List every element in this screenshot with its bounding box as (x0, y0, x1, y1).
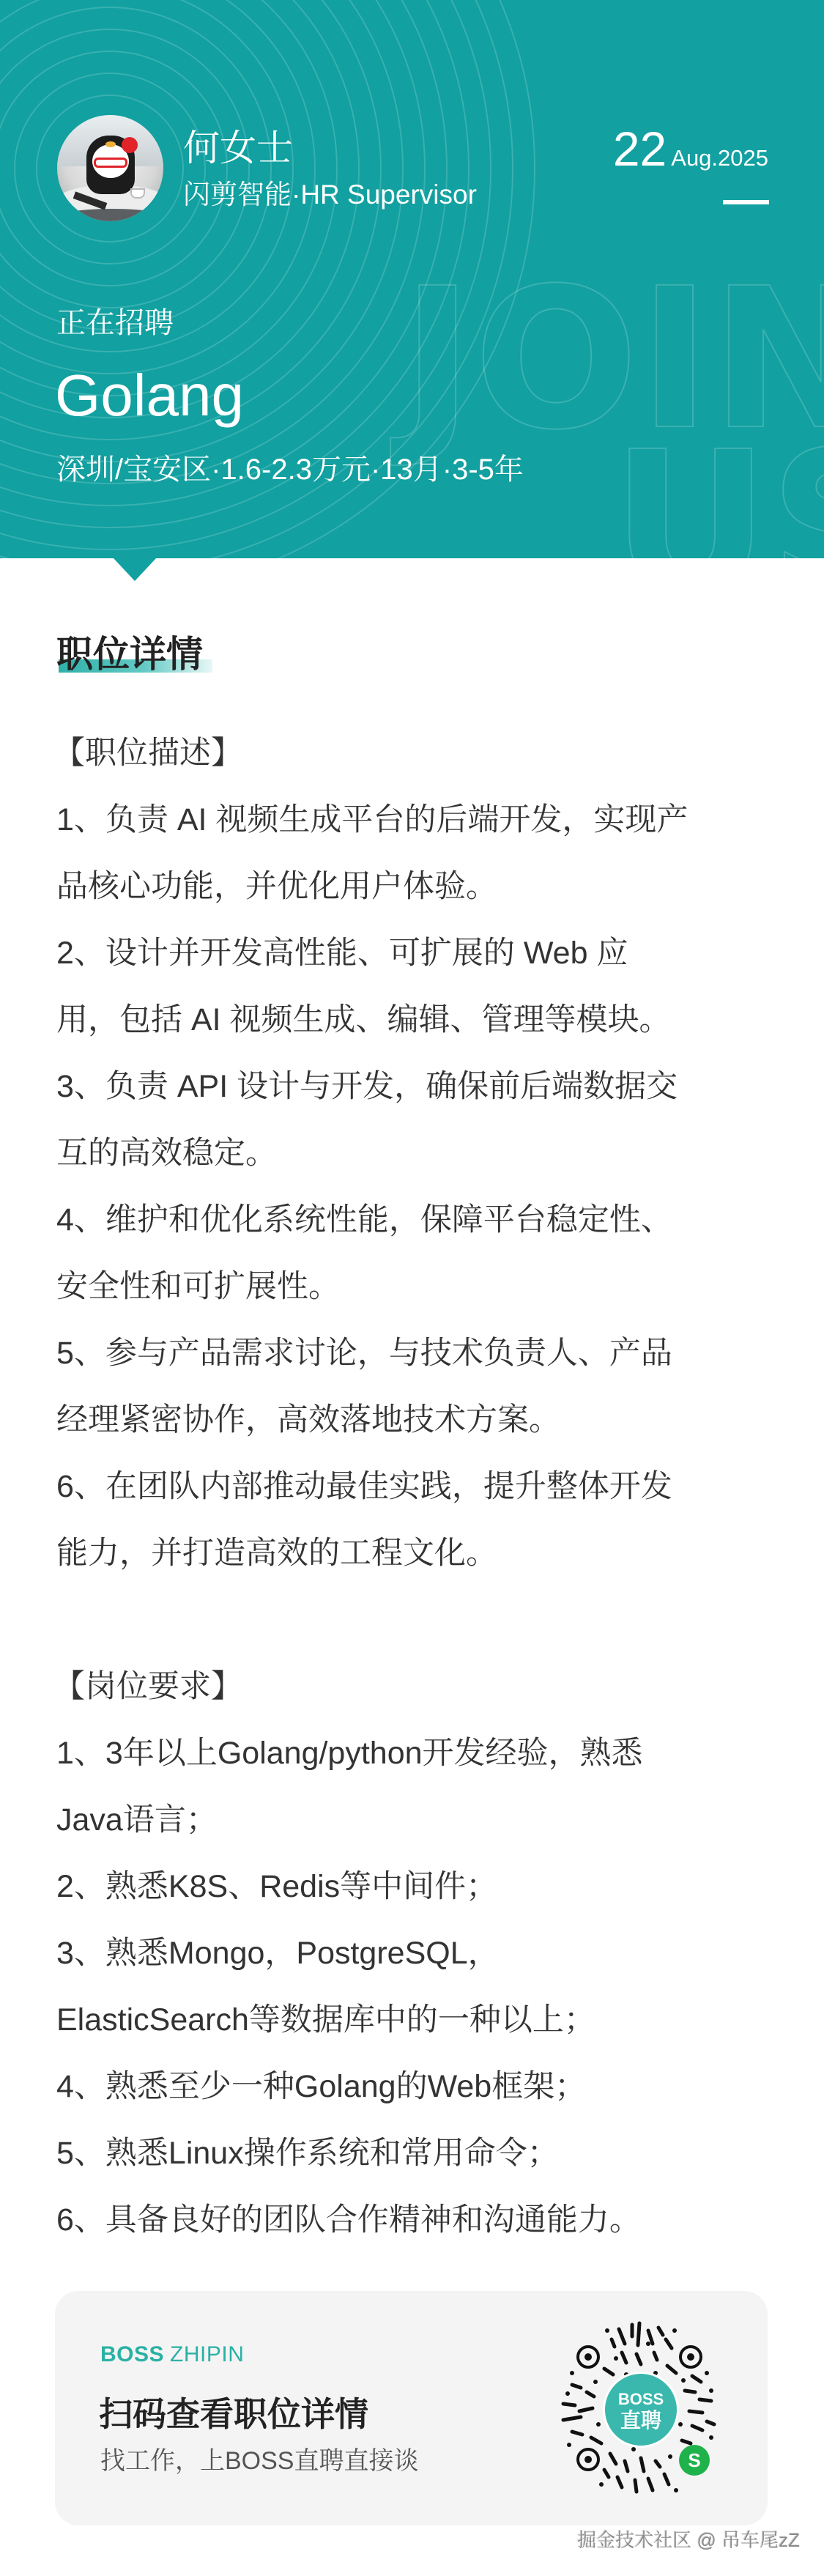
content-line: 用，包括 AI 视频生成、编辑、管理等模块。 (56, 987, 774, 1054)
content-line: 3、负责 API 设计与开发，确保前后端数据交 (56, 1054, 774, 1120)
avatar-desk-edge (57, 209, 163, 221)
date-month-year: Aug.2025 (671, 145, 768, 171)
qr-logo-line1: BOSS (605, 2374, 677, 2409)
avatar-beak (105, 141, 116, 147)
date-day: 22 (613, 122, 667, 176)
content-line: 互的高效稳定。 (56, 1120, 774, 1187)
section-title-text: 职位详情 (56, 634, 203, 675)
brand-bold: BOSS (100, 2342, 164, 2366)
recruiter-avatar[interactable] (57, 115, 163, 221)
section-heading: 【职位描述】 (53, 720, 774, 787)
boss-zhipin-logo: BOSSZHIPIN (100, 2342, 244, 2367)
job-title: Golang (55, 360, 244, 431)
hiring-label: 正在招聘 (56, 305, 174, 341)
content-line: 4、维护和优化系统性能，保障平台稳定性、 (56, 1187, 774, 1254)
content-line: 品核心功能，并优化用户体验。 (56, 854, 774, 920)
job-description-content: 【职位描述】1、负责 AI 视频生成平台的后端开发，实现产品核心功能，并优化用户… (56, 720, 774, 2254)
footer-watermark: 掘金技术社区 @ 吊车尾zZ (577, 2529, 800, 2551)
recruiter-company-title: 闪剪智能·HR Supervisor (183, 178, 477, 212)
section-title-job-details: 职位详情 (56, 632, 203, 677)
content-line: 5、熟悉Linux操作系统和常用命令； (56, 2120, 774, 2187)
avatar-coffee-cup (130, 188, 145, 199)
recruiter-name: 何女士 (183, 126, 293, 170)
avatar-red-bow (122, 137, 138, 153)
avatar-glasses (94, 158, 127, 168)
blank-line (56, 1587, 774, 1654)
qr-logo-line2: 直聘 (605, 2409, 677, 2432)
post-date: 22Aug.2025 (613, 123, 768, 174)
content-line: 3、熟悉Mongo，PostgreSQL， (56, 1920, 774, 1987)
wechat-mini-program-icon: S (679, 2445, 710, 2476)
content-line: ElasticSearch等数据库中的一种以上； (56, 1987, 774, 2054)
content-line: 6、具备良好的团队合作精神和沟通能力。 (56, 2187, 774, 2254)
job-card-header: JOIN US 何女士 闪剪智能·HR Supervisor 22Aug.202… (0, 0, 824, 558)
section-heading: 【岗位要求】 (53, 1654, 774, 1720)
content-line: 2、设计并开发高性能、可扩展的 Web 应 (56, 920, 774, 987)
content-line: Java语言； (56, 1787, 774, 1854)
content-line: 能力，并打造高效的工程文化。 (56, 1520, 774, 1587)
header-pointer-triangle (113, 558, 157, 581)
qr-card-subtitle: 找工作，上BOSS直聘直接谈 (100, 2445, 418, 2477)
qr-code[interactable]: BOSS 直聘 S (546, 2314, 733, 2502)
job-meta: 深圳/宝安区·1.6-2.3万元·13月·3-5年 (56, 451, 524, 489)
content-line: 安全性和可扩展性。 (56, 1254, 774, 1320)
content-line: 6、在团队内部推动最佳实践，提升整体开发 (56, 1454, 774, 1520)
content-line: 1、负责 AI 视频生成平台的后端开发，实现产 (56, 787, 774, 854)
content-line: 4、熟悉至少一种Golang的Web框架； (56, 2054, 774, 2120)
qr-card-title: 扫码查看职位详情 (99, 2394, 368, 2435)
content-line: 2、熟悉K8S、Redis等中间件； (56, 1854, 774, 1920)
svg-text:US: US (612, 410, 824, 558)
content-line: 5、参与产品需求讨论，与技术负责人、产品 (56, 1320, 774, 1387)
content-line: 1、3年以上Golang/python开发经验，熟悉 (56, 1720, 774, 1787)
content-line: 经理紧密协作，高效落地技术方案。 (56, 1387, 774, 1454)
boss-qr-card[interactable]: BOSSZHIPIN 扫码查看职位详情 找工作，上BOSS直聘直接谈 (55, 2291, 768, 2525)
date-underline-divider (723, 200, 769, 204)
brand-light: ZHIPIN (170, 2342, 244, 2366)
boss-zhipin-qr-logo: BOSS 直聘 (603, 2372, 679, 2448)
